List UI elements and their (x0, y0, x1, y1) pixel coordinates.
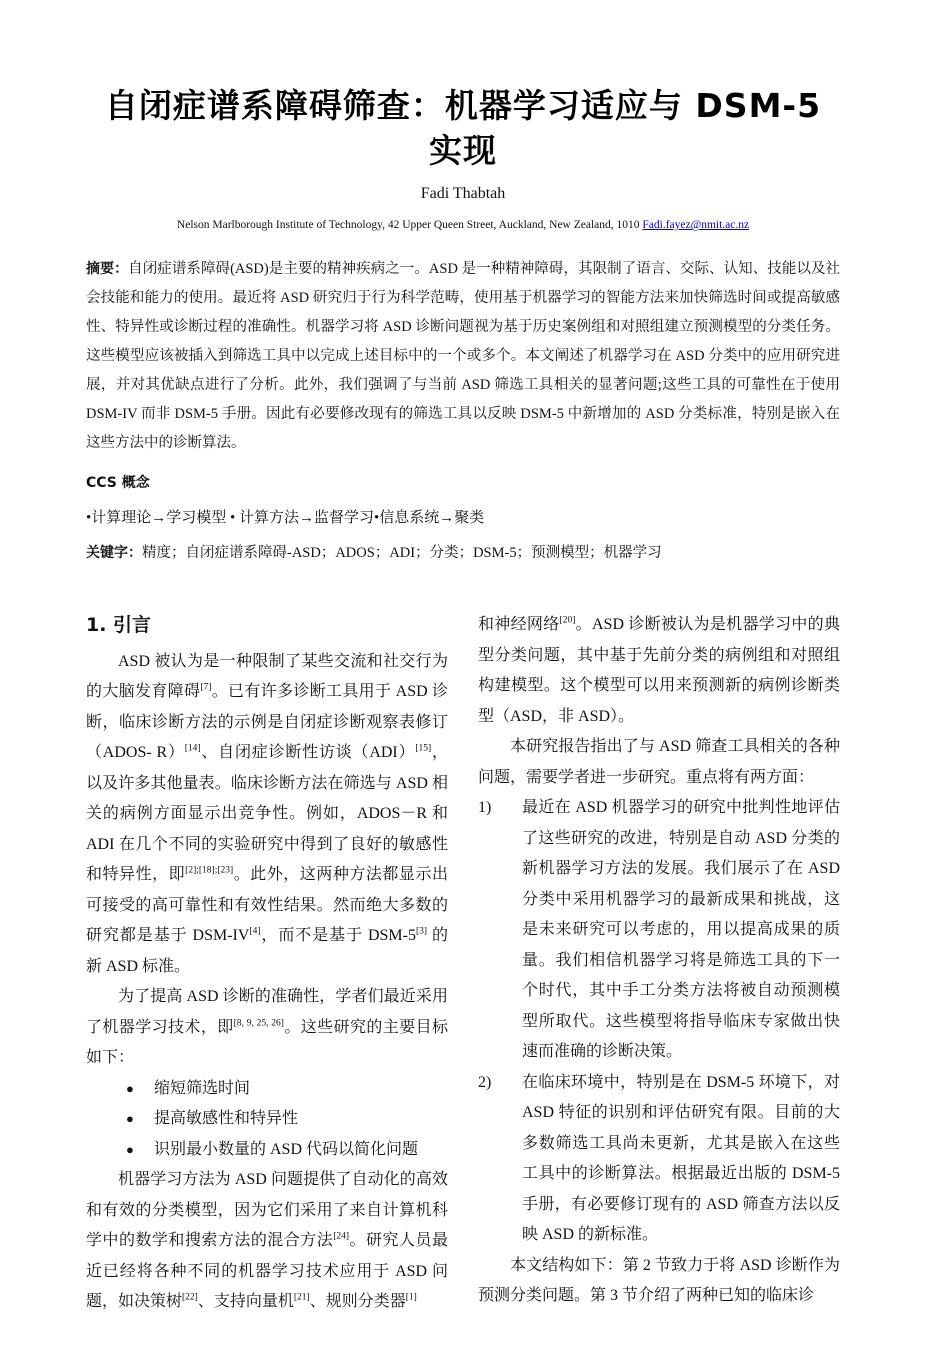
item-text: 在临床环境中，特别是在 DSM-5 环境下，对 ASD 特征的识别和评估研究有限… (522, 1068, 840, 1251)
intro-paragraph-2: 为了提高 ASD 诊断的准确性，学者们最近采用了机器学习技术，即[8, 9, 2… (86, 982, 448, 1074)
list-item: ●提高敏感性和特异性 (86, 1104, 448, 1135)
right-paragraph-3: 本文结构如下：第 2 节致力于将 ASD 诊断作为预测分类问题。第 3 节介绍了… (478, 1251, 840, 1312)
list-item: ●识别最小数量的 ASD 代码以简化问题 (86, 1135, 448, 1166)
list-item: ●缩短筛选时间 (86, 1074, 448, 1105)
numbered-item: 2)在临床环境中，特别是在 DSM-5 环境下，对 ASD 特征的识别和评估研究… (478, 1068, 840, 1251)
abstract-text: 自闭症谱系障碍(ASD)是主要的精神疾病之一。ASD 是一种精神障碍，其限制了语… (86, 261, 840, 451)
abstract-label: 摘要： (86, 261, 128, 277)
item-text: 最近在 ASD 机器学习的研究中批判性地评估了这些研究的改进，特别是自动 ASD… (522, 793, 840, 1068)
abstract-paragraph: 摘要：自闭症谱系障碍(ASD)是主要的精神疾病之一。ASD 是一种精神障碍，其限… (86, 255, 840, 458)
bullet-icon: ● (126, 1104, 154, 1135)
right-column: 和神经网络[20]。ASD 诊断被认为是机器学习中的典型分类问题，其中基于先前分… (478, 610, 840, 1318)
affiliation-line: Nelson Marlborough Institute of Technolo… (86, 219, 840, 231)
keywords-label: 关键字： (86, 545, 142, 561)
keywords-line: 关键字：精度；自闭症谱系障碍-ASD；ADOS；ADI；分类；DSM-5；预测模… (86, 541, 840, 562)
focus-points-list: 1)最近在 ASD 机器学习的研究中批判性地评估了这些研究的改进，特别是自动 A… (478, 793, 840, 1251)
two-column-body: 1. 引言 ASD 被认为是一种限制了某些交流和社交行为的大脑发育障碍[7]。已… (86, 610, 840, 1318)
intro-paragraph-3: 机器学习方法为 ASD 问题提供了自动化的高效和有效的分类模型，因为它们采用了来… (86, 1165, 448, 1318)
email-link[interactable]: Fadi.fayez@nmit.ac.nz (642, 219, 749, 231)
bullet-icon: ● (126, 1074, 154, 1105)
paper-title: 自闭症谱系障碍筛查：机器学习适应与 DSM-5 实现 (86, 84, 840, 173)
list-item-text: 提高敏感性和特异性 (154, 1110, 298, 1127)
numbered-item: 1)最近在 ASD 机器学习的研究中批判性地评估了这些研究的改进，特别是自动 A… (478, 793, 840, 1068)
intro-paragraph-1: ASD 被认为是一种限制了某些交流和社交行为的大脑发育障碍[7]。已有许多诊断工… (86, 647, 448, 983)
keywords-text: 精度；自闭症谱系障碍-ASD；ADOS；ADI；分类；DSM-5；预测模型；机器… (142, 545, 662, 561)
list-item-text: 识别最小数量的 ASD 代码以简化问题 (154, 1141, 418, 1158)
author-name: Fadi Thabtah (86, 185, 840, 203)
right-paragraph-1: 和神经网络[20]。ASD 诊断被认为是机器学习中的典型分类问题，其中基于先前分… (478, 610, 840, 732)
item-number: 2) (478, 1068, 522, 1251)
item-number: 1) (478, 793, 522, 1068)
document-page: 自闭症谱系障碍筛查：机器学习适应与 DSM-5 实现 Fadi Thabtah … (0, 0, 926, 1358)
left-column: 1. 引言 ASD 被认为是一种限制了某些交流和社交行为的大脑发育障碍[7]。已… (86, 610, 448, 1318)
right-paragraph-2: 本研究报告指出了与 ASD 筛查工具相关的各种问题，需要学者进一步研究。重点将有… (478, 732, 840, 793)
ccs-heading: CCS 概念 (86, 472, 840, 492)
ccs-concepts-line: •计算理论→学习模型 • 计算方法→监督学习•信息系统→聚类 (86, 506, 840, 527)
goals-list: ●缩短筛选时间 ●提高敏感性和特异性 ●识别最小数量的 ASD 代码以简化问题 (86, 1074, 448, 1166)
bullet-icon: ● (126, 1135, 154, 1166)
affiliation-text: Nelson Marlborough Institute of Technolo… (177, 219, 642, 231)
section-heading-introduction: 1. 引言 (86, 610, 448, 641)
list-item-text: 缩短筛选时间 (154, 1080, 250, 1097)
